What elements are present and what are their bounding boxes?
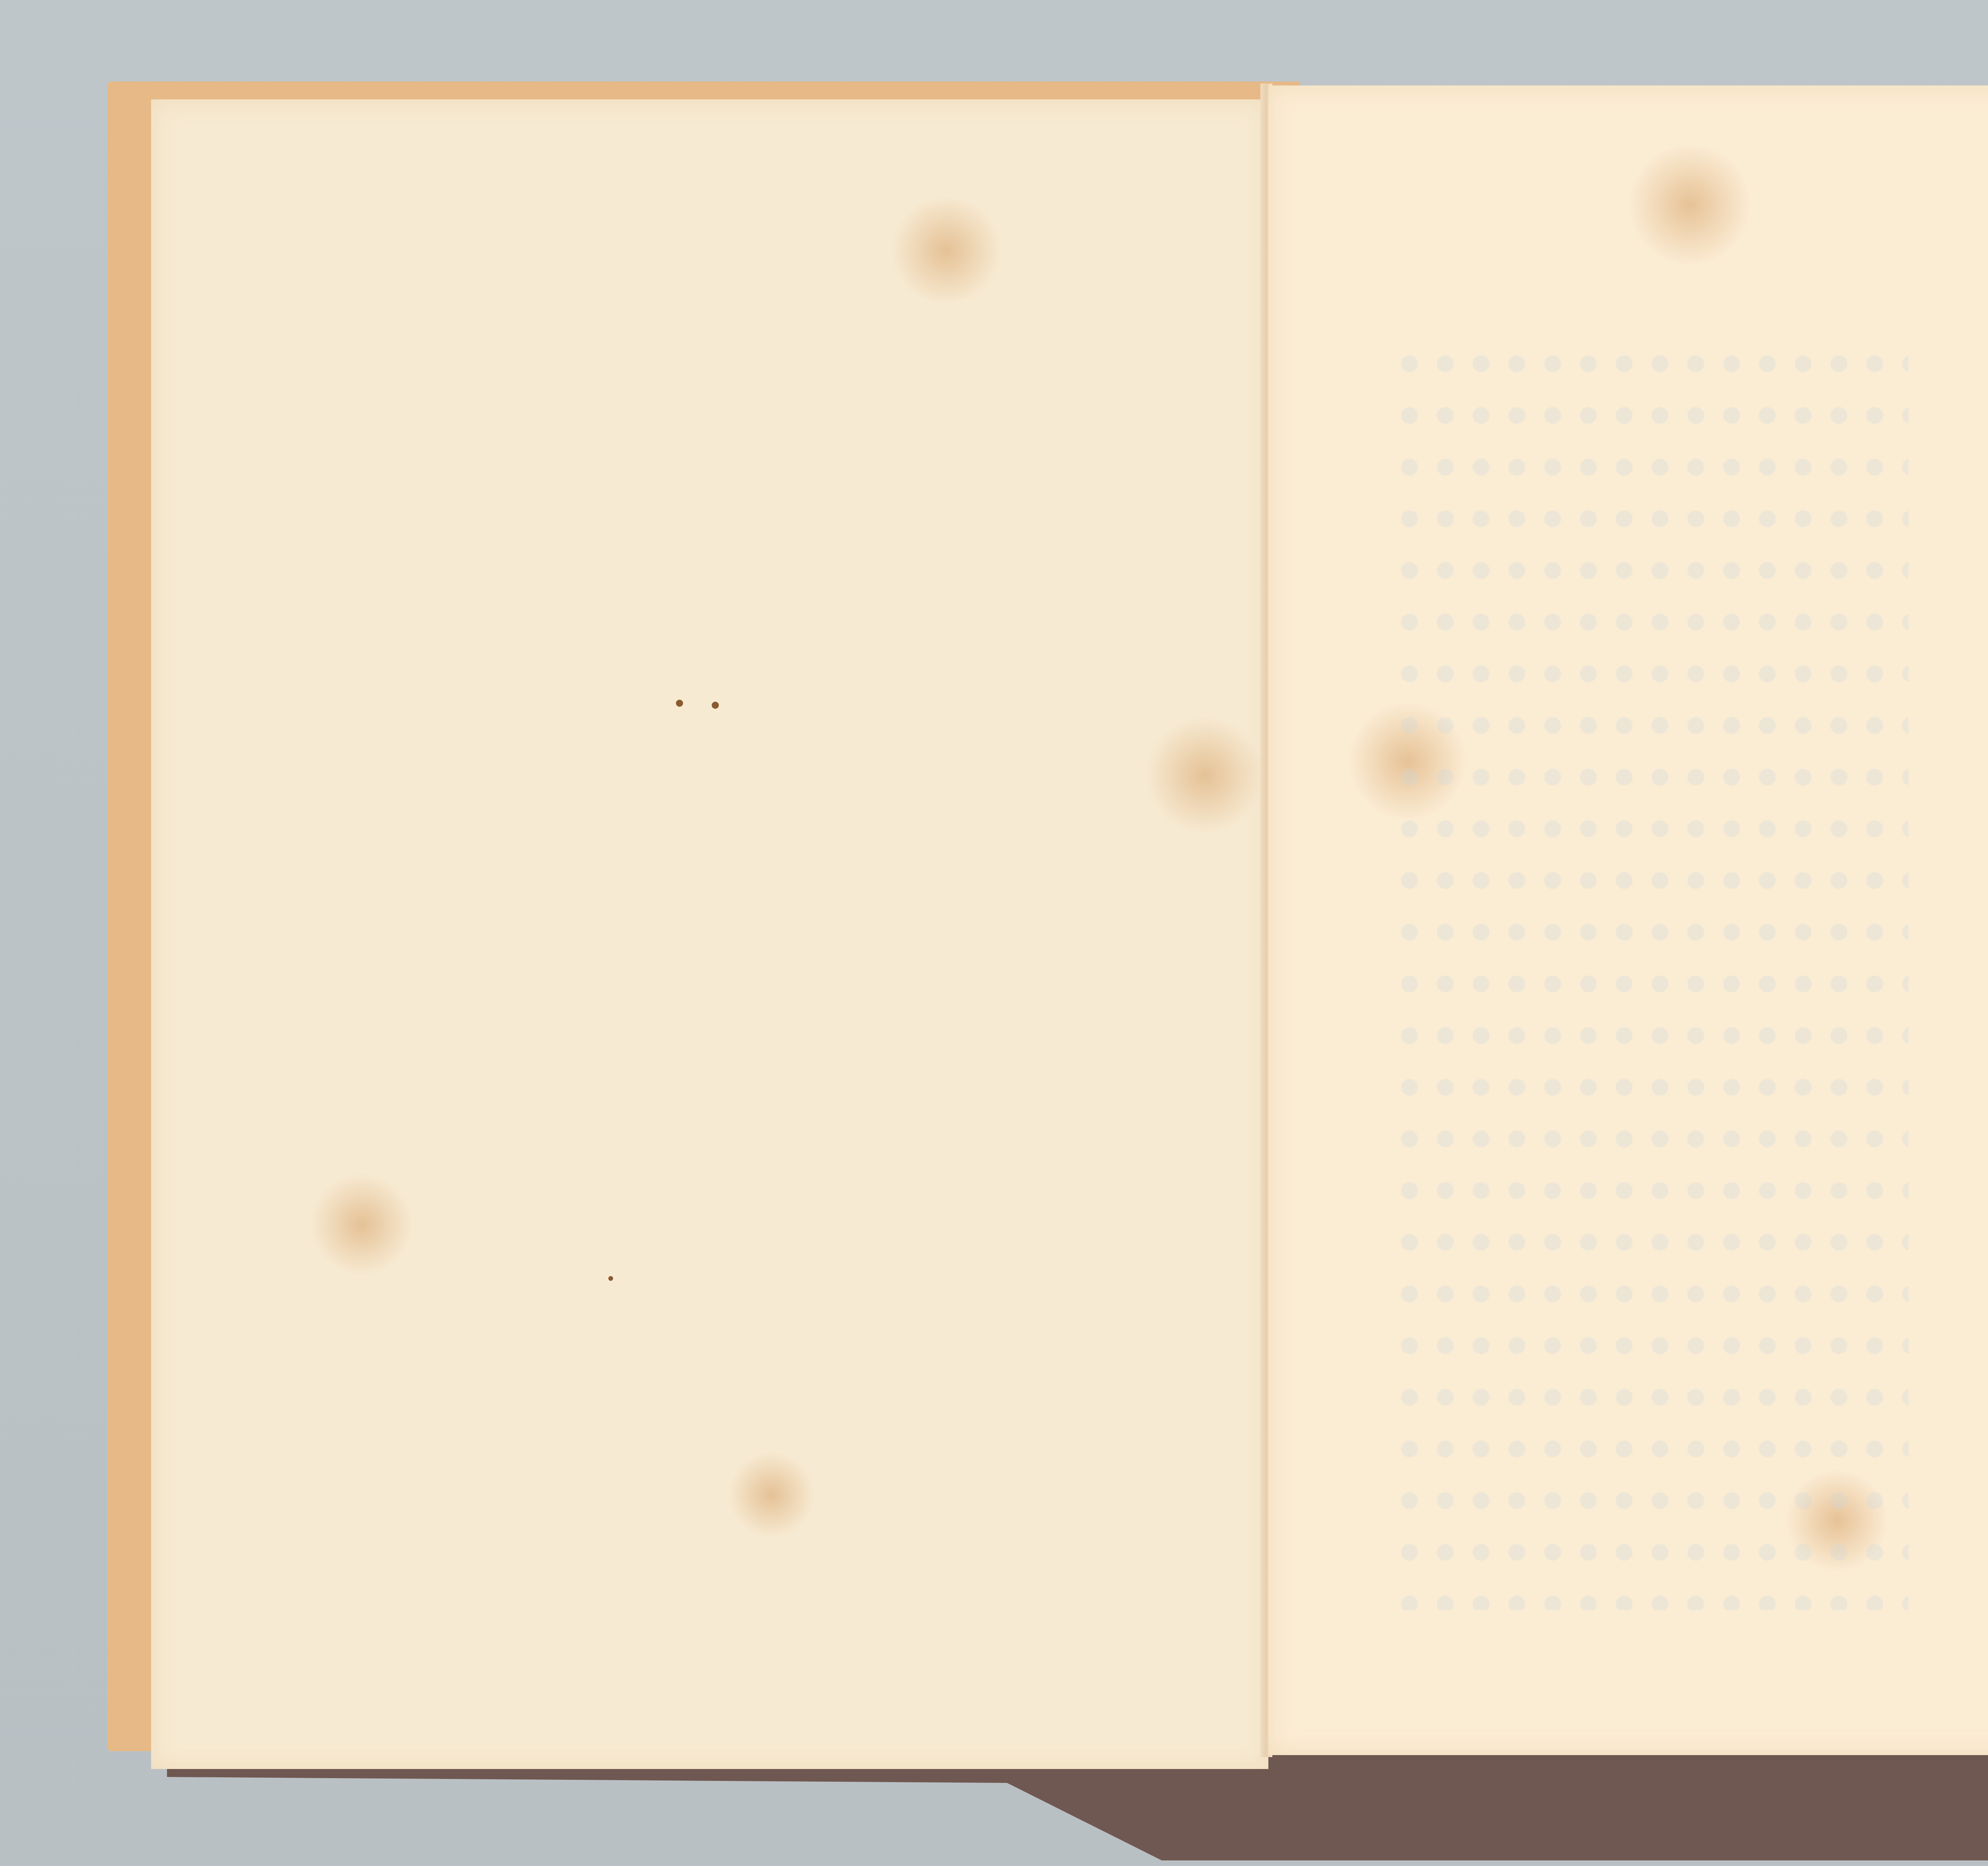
foxing-spot (310, 1173, 414, 1276)
ink-spot (676, 700, 683, 707)
left-page (151, 99, 1268, 1769)
foxing-spot (887, 199, 1006, 302)
ink-spot (712, 702, 719, 709)
ink-spot (608, 1276, 613, 1281)
foxing-spot (1626, 145, 1753, 264)
bleed-through-text (1392, 338, 1908, 1610)
foxing-spot (728, 1451, 815, 1538)
foxing-spot (1145, 716, 1264, 835)
